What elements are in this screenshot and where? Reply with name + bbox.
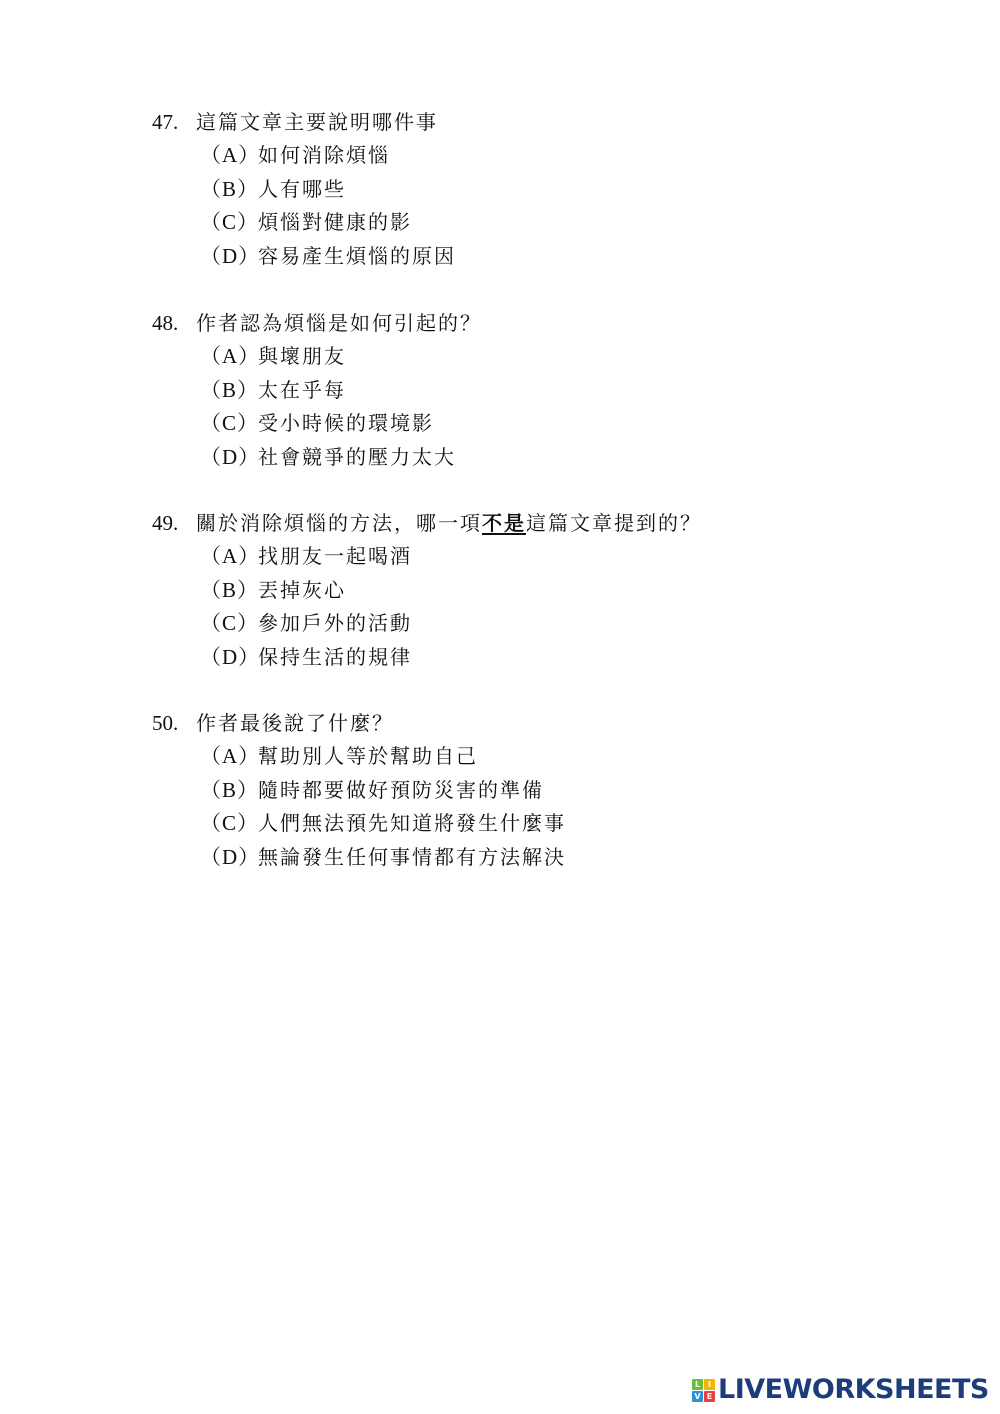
option-text: 丟掉灰心 (258, 574, 346, 608)
option-c[interactable]: （C） 人們無法預先知道將發生什麼事 (152, 807, 912, 841)
question-number: 49. (152, 506, 196, 540)
option-text: 與壞朋友 (258, 340, 346, 374)
logo-tile-e: E (704, 1391, 715, 1402)
option-letter: （A） (200, 340, 258, 374)
option-d[interactable]: （D） 容易產生煩惱的原因 (152, 240, 912, 274)
option-text: 受小時候的環境影 (258, 407, 434, 441)
option-text: 參加戶外的活動 (258, 607, 412, 641)
option-text: 保持生活的規律 (258, 641, 412, 675)
option-c[interactable]: （C） 參加戶外的活動 (152, 607, 912, 641)
logo-tile-l: L (692, 1379, 703, 1390)
question-stem: 48. 作者認為煩惱是如何引起的？ (152, 306, 912, 340)
answer-options: （A） 與壞朋友 （B） 太在乎每 （C） 受小時候的環境影 （D） 社會競爭的… (152, 340, 912, 474)
option-letter: （B） (200, 774, 258, 808)
logo-tiles-icon: L I V E (692, 1379, 715, 1402)
question-text: 關於消除煩惱的方法，哪一項不是這篇文章提到的？ (196, 506, 702, 540)
option-letter: （A） (200, 139, 258, 173)
question-stem: 50. 作者最後說了什麼？ (152, 706, 912, 740)
question-text-after: 這篇文章提到的？ (526, 511, 702, 535)
option-letter: （B） (200, 574, 258, 608)
option-text: 幫助別人等於幫助自己 (258, 740, 478, 774)
liveworksheets-logo: L I V E LIVEWORKSHEETS (692, 1375, 989, 1405)
question-number: 47. (152, 105, 196, 139)
question-50: 50. 作者最後說了什麼？ （A） 幫助別人等於幫助自己 （B） 隨時都要做好預… (152, 706, 912, 874)
option-a[interactable]: （A） 與壞朋友 (152, 340, 912, 374)
question-48: 48. 作者認為煩惱是如何引起的？ （A） 與壞朋友 （B） 太在乎每 （C） … (152, 306, 912, 474)
option-letter: （D） (200, 441, 258, 475)
option-text: 無論發生任何事情都有方法解決 (258, 841, 566, 875)
question-47: 47. 這篇文章主要說明哪件事 （A） 如何消除煩惱 （B） 人有哪些 （C） … (152, 105, 912, 273)
question-stem: 47. 這篇文章主要說明哪件事 (152, 105, 912, 139)
option-letter: （C） (200, 807, 258, 841)
option-a[interactable]: （A） 找朋友一起喝酒 (152, 540, 912, 574)
option-text: 容易產生煩惱的原因 (258, 240, 456, 274)
logo-wordmark: LIVEWORKSHEETS (718, 1375, 989, 1405)
option-text: 社會競爭的壓力太大 (258, 441, 456, 475)
option-letter: （A） (200, 740, 258, 774)
option-letter: （A） (200, 540, 258, 574)
option-c[interactable]: （C） 受小時候的環境影 (152, 407, 912, 441)
option-letter: （C） (200, 206, 258, 240)
option-b[interactable]: （B） 太在乎每 (152, 374, 912, 408)
option-letter: （C） (200, 407, 258, 441)
option-letter: （D） (200, 240, 258, 274)
option-text: 太在乎每 (258, 374, 346, 408)
logo-tile-v: V (692, 1391, 703, 1402)
question-text: 作者最後說了什麼？ (196, 706, 394, 740)
option-text: 人有哪些 (258, 173, 346, 207)
answer-options: （A） 幫助別人等於幫助自己 （B） 隨時都要做好預防災害的準備 （C） 人們無… (152, 740, 912, 874)
option-letter: （B） (200, 173, 258, 207)
answer-options: （A） 如何消除煩惱 （B） 人有哪些 （C） 煩惱對健康的影 （D） 容易產生… (152, 139, 912, 273)
question-text: 這篇文章主要說明哪件事 (196, 105, 438, 139)
option-text: 找朋友一起喝酒 (258, 540, 412, 574)
question-number: 48. (152, 306, 196, 340)
question-stem: 49. 關於消除煩惱的方法，哪一項不是這篇文章提到的？ (152, 506, 912, 540)
option-letter: （D） (200, 641, 258, 675)
option-b[interactable]: （B） 丟掉灰心 (152, 574, 912, 608)
question-text-before: 關於消除煩惱的方法，哪一項 (196, 511, 482, 535)
question-number: 50. (152, 706, 196, 740)
option-c[interactable]: （C） 煩惱對健康的影 (152, 206, 912, 240)
option-d[interactable]: （D） 社會競爭的壓力太大 (152, 441, 912, 475)
answer-options: （A） 找朋友一起喝酒 （B） 丟掉灰心 （C） 參加戶外的活動 （D） 保持生… (152, 540, 912, 674)
option-text: 煩惱對健康的影 (258, 206, 412, 240)
question-emphasis: 不是 (482, 511, 526, 535)
question-49: 49. 關於消除煩惱的方法，哪一項不是這篇文章提到的？ （A） 找朋友一起喝酒 … (152, 506, 912, 674)
option-text: 人們無法預先知道將發生什麼事 (258, 807, 566, 841)
option-b[interactable]: （B） 隨時都要做好預防災害的準備 (152, 774, 912, 808)
option-text: 隨時都要做好預防災害的準備 (258, 774, 544, 808)
question-text: 作者認為煩惱是如何引起的？ (196, 306, 482, 340)
option-letter: （C） (200, 607, 258, 641)
option-letter: （D） (200, 841, 258, 875)
option-a[interactable]: （A） 如何消除煩惱 (152, 139, 912, 173)
option-d[interactable]: （D） 無論發生任何事情都有方法解決 (152, 841, 912, 875)
option-b[interactable]: （B） 人有哪些 (152, 173, 912, 207)
option-text: 如何消除煩惱 (258, 139, 390, 173)
option-d[interactable]: （D） 保持生活的規律 (152, 641, 912, 675)
option-a[interactable]: （A） 幫助別人等於幫助自己 (152, 740, 912, 774)
worksheet-page: 47. 這篇文章主要說明哪件事 （A） 如何消除煩惱 （B） 人有哪些 （C） … (0, 0, 1000, 1414)
logo-tile-i: I (704, 1379, 715, 1390)
option-letter: （B） (200, 374, 258, 408)
